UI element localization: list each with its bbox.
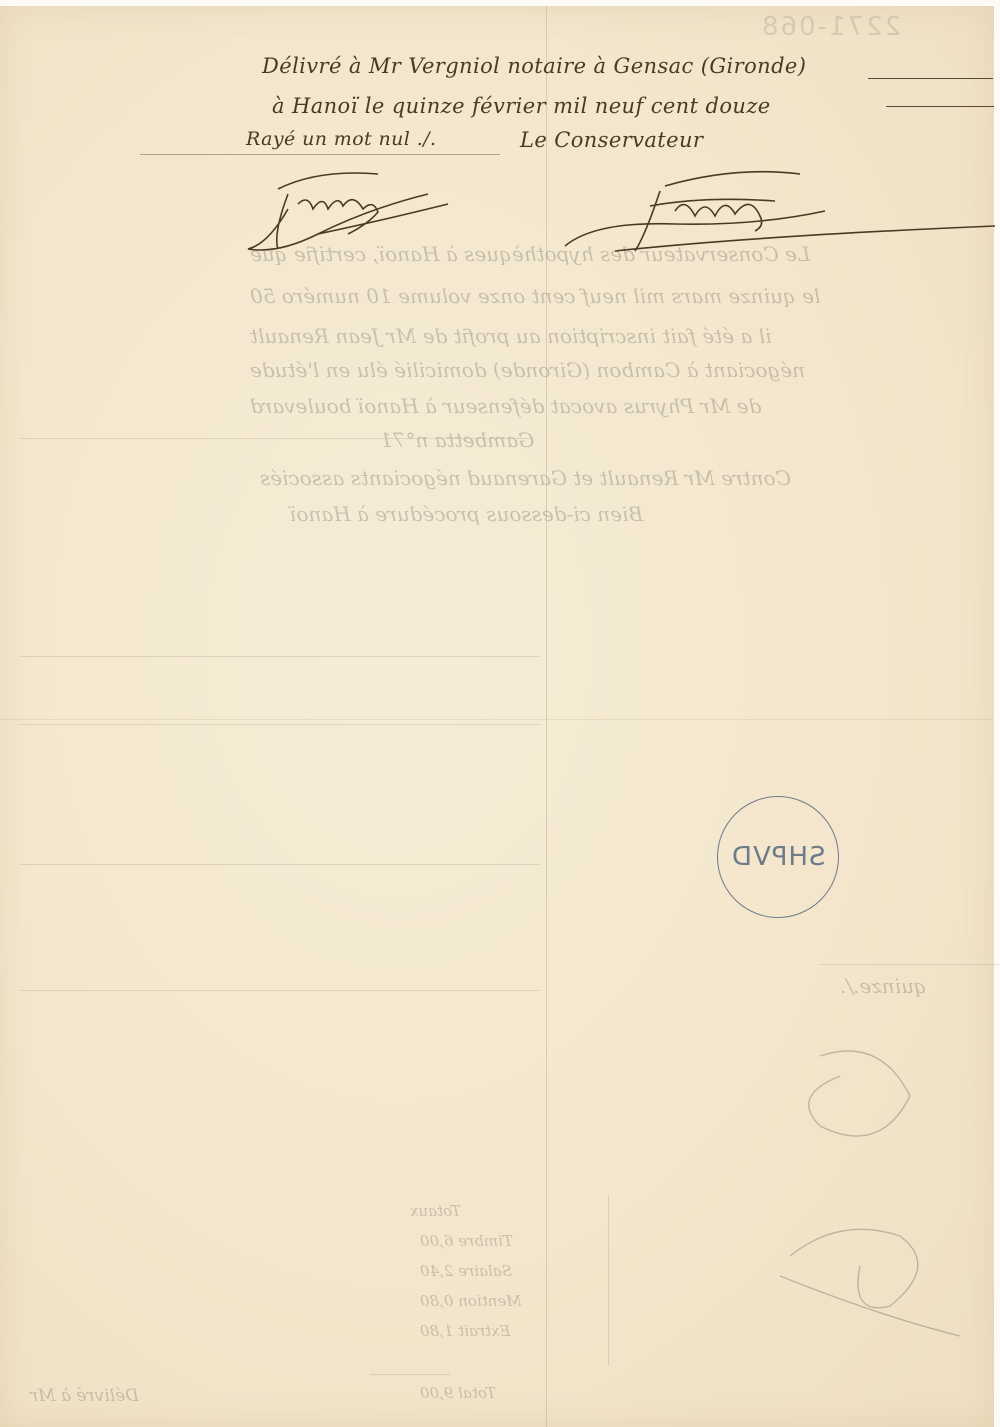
shpvd-stamp: SHPVD [717,796,839,918]
bleed-line: Totaux [410,1202,461,1220]
bleed-line: Mention 0,80 [420,1292,522,1310]
signature-icon [555,166,1000,261]
bleed-line: Contre Mr Renault et Garenaud négociants… [260,466,791,490]
handwritten-line-4-title: Le Conservateur [520,128,703,152]
document-page: 2271-068 Le Conservateur des hypothèques… [0,6,994,1427]
bleed-line: il a été fait inscription au profit de M… [250,324,772,348]
bleed-line: Timbre 6,00 [420,1232,513,1250]
signature-left [228,164,478,259]
bleed-line: de Mr Phyrus avocat défenseur à Hanoï bo… [250,394,761,418]
handwritten-line-1: Délivré à Mr Vergniol notaire à Gensac (… [262,54,806,78]
bleed-signature-icon [760,1016,1000,1356]
bleed-line: Total 9,00 [420,1384,496,1402]
bleed-line: le quinze mars mil neuf cent onze volume… [250,284,820,308]
bleed-line: Extrait 1,80 [420,1322,511,1340]
signature-right [555,166,1000,261]
line-filler [886,106,994,107]
handwritten-line-3: Rayé un mot nul ./. [246,128,436,150]
bleed-line: Délivré à Mr [30,1386,139,1406]
line-filler [868,78,993,79]
handwritten-line-2: à Hanoï le quinze février mil neuf cent … [272,94,771,118]
bleed-line: Salaire 2,40 [420,1262,512,1280]
signature-icon [228,164,478,259]
bleed-line: négociant à Cambon (Gironde) domicilié é… [250,358,805,382]
stamp-text: SHPVD [731,842,826,872]
bleed-line: Bien ci-dessous procédure à Hanoï [290,502,643,526]
bleed-line: quinze./. [840,974,927,998]
bleed-line: Gambetta n°71 [380,428,534,452]
